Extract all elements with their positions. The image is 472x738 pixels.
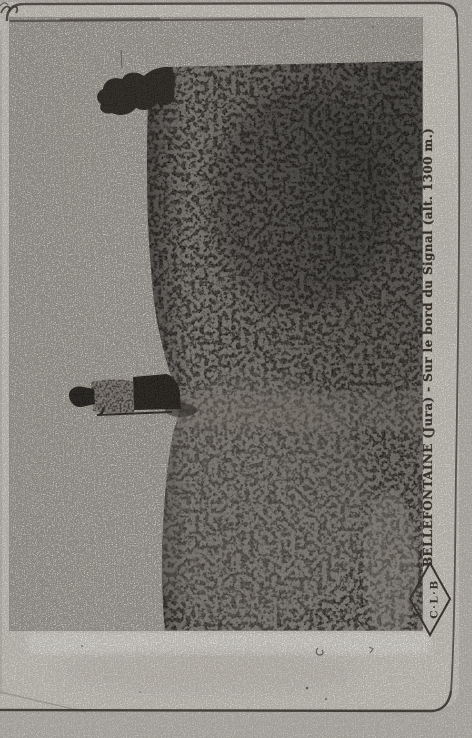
rock-cliff xyxy=(130,55,430,640)
photo-caption: BELLEFONTAINE (Jura) - Sur le bord du Si… xyxy=(421,75,438,567)
postcard-artwork xyxy=(0,0,472,738)
photo xyxy=(0,16,430,640)
publisher-mark-text: C·L·B xyxy=(429,579,441,618)
publisher-logo: C·L·B xyxy=(407,560,453,638)
postcard-scan: BELLEFONTAINE (Jura) - Sur le bord du Si… xyxy=(0,0,472,738)
